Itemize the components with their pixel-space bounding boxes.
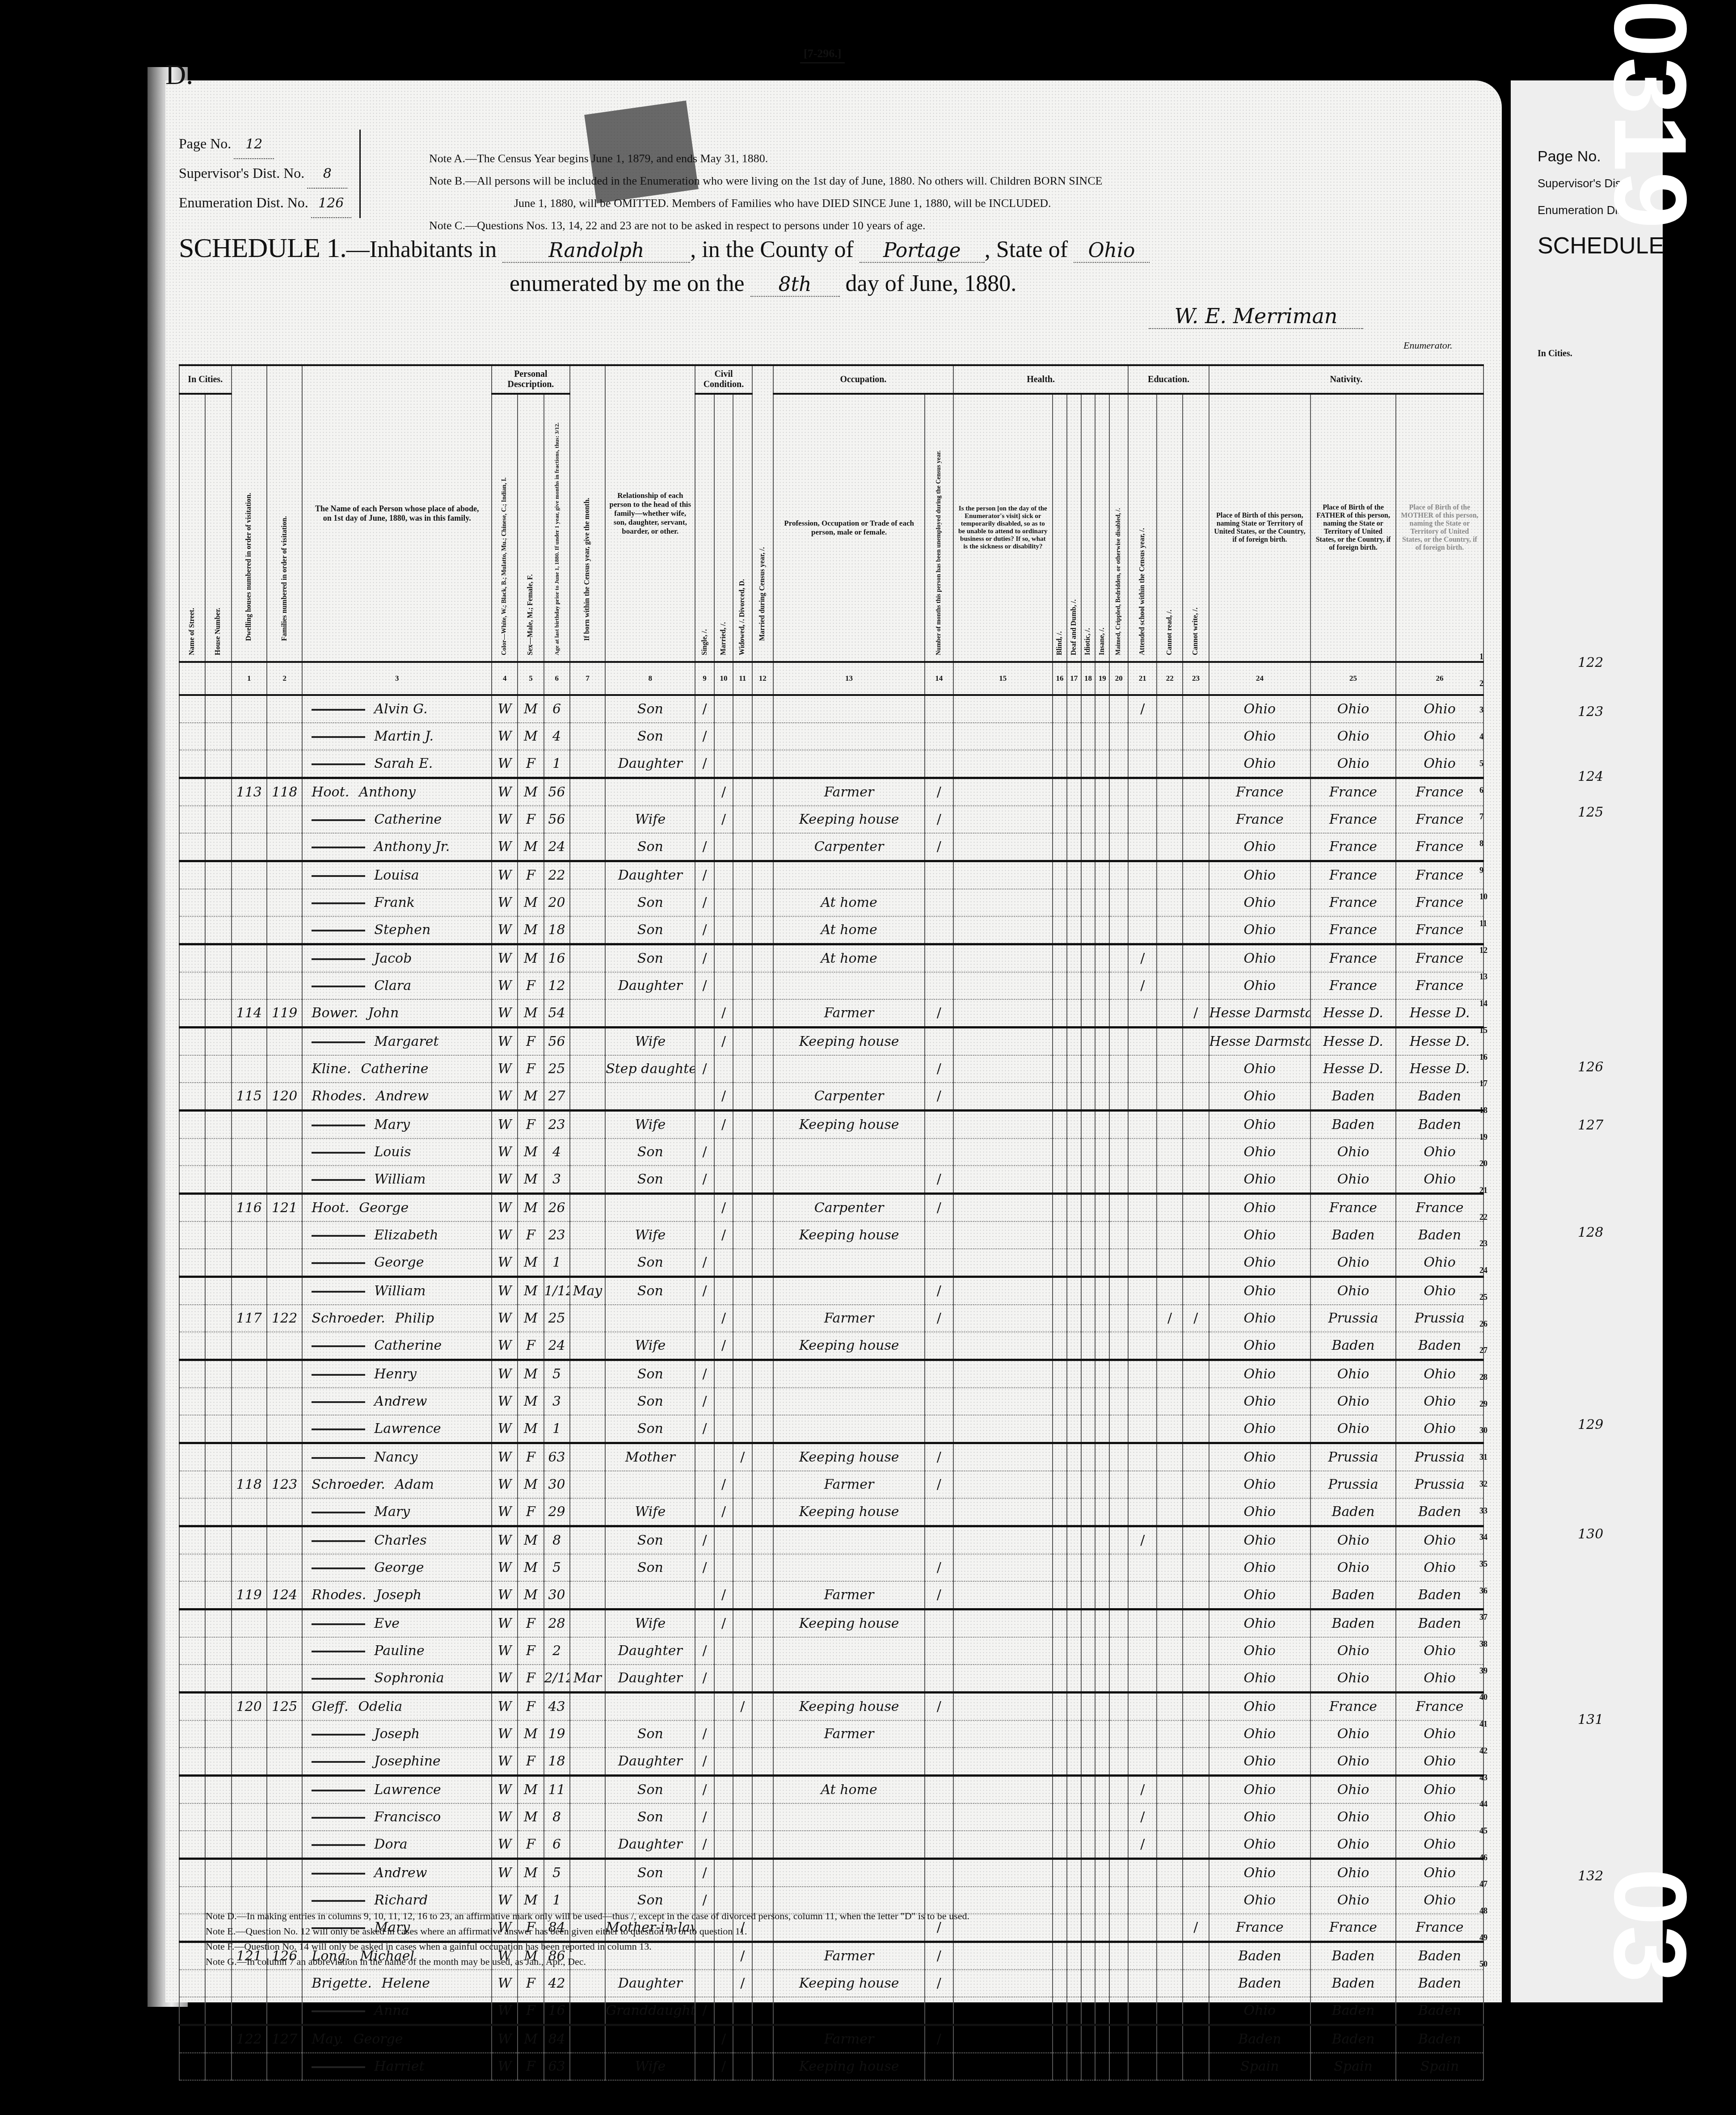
table-row: Alvin G.WM6Son//OhioOhioOhio — [179, 695, 1483, 723]
line-number: 41 — [1479, 1711, 1487, 1738]
married-mark: / — [714, 2025, 733, 2053]
unemployed-mark — [925, 1776, 953, 1804]
given-name: Lawrence — [374, 1782, 441, 1798]
line-number: 7 — [1479, 804, 1487, 830]
mother-birthplace: Ohio — [1396, 723, 1483, 750]
person-name: Andrew — [302, 1388, 492, 1415]
header-street: Name of Street. — [179, 394, 205, 662]
table-row: WilliamWM1/12MaySon//OhioOhioOhio — [179, 1277, 1483, 1305]
surname: Gleff. — [312, 1699, 348, 1715]
house-number-cell — [205, 1693, 231, 1721]
married-in-year-mark — [752, 695, 774, 723]
relationship: Son — [605, 1138, 695, 1166]
attended-school-mark — [1128, 1471, 1157, 1498]
father-birthplace: France — [1310, 1914, 1396, 1942]
person-name: Dora — [302, 1831, 492, 1859]
line-number: 11 — [1479, 910, 1487, 937]
deaf-dumb-cell — [1067, 1471, 1081, 1498]
given-name: Charles — [374, 1533, 426, 1548]
cannot-write-mark — [1183, 1887, 1209, 1914]
color: W — [492, 1693, 518, 1721]
color: W — [492, 1443, 518, 1471]
widowed-mark — [733, 999, 752, 1028]
color: W — [492, 750, 518, 778]
disabled-cell — [1109, 1028, 1128, 1056]
birth-month — [570, 889, 605, 916]
idiotic-cell — [1081, 1831, 1096, 1859]
idiotic-cell — [1081, 1249, 1096, 1277]
birth-month — [570, 1332, 605, 1360]
color: W — [492, 1111, 518, 1139]
deaf-dumb-cell — [1067, 1776, 1081, 1804]
married-mark: / — [714, 1498, 733, 1526]
table-row: JosephineWF18Daughter/OhioOhioOhio — [179, 1748, 1483, 1776]
relationship: Son — [605, 1166, 695, 1194]
idiotic-cell — [1081, 1748, 1096, 1776]
note-b: Note B.—All persons will be included in … — [429, 170, 1435, 192]
married-mark — [714, 1443, 733, 1471]
widowed-mark — [733, 1859, 752, 1887]
person-name: Kline.Catherine — [302, 1055, 492, 1083]
father-birthplace: Ohio — [1310, 695, 1396, 723]
cannot-write-mark — [1183, 1111, 1209, 1139]
relationship: Son — [605, 889, 695, 916]
deaf-dumb-cell — [1067, 1083, 1081, 1111]
deaf-dumb-cell — [1067, 1554, 1081, 1581]
family-number — [267, 1637, 302, 1664]
given-name: Louis — [374, 1144, 411, 1160]
house-number-cell — [205, 1055, 231, 1083]
sickness — [953, 1997, 1053, 2025]
disabled-cell — [1109, 1776, 1128, 1804]
relationship: Son — [605, 833, 695, 861]
house-number-cell — [205, 1332, 231, 1360]
person-name: Frank — [302, 889, 492, 916]
color: W — [492, 1498, 518, 1526]
person-name: Henry — [302, 1360, 492, 1388]
disabled-cell — [1109, 1942, 1128, 1970]
blind-cell — [1053, 1028, 1067, 1056]
unemployed-mark — [925, 723, 953, 750]
cannot-write-mark — [1183, 1498, 1209, 1526]
widowed-mark — [733, 1471, 752, 1498]
house-number-cell — [205, 1720, 231, 1748]
occupation — [773, 1748, 925, 1776]
birthplace: Ohio — [1209, 1415, 1311, 1443]
father-birthplace: Baden — [1310, 1498, 1396, 1526]
person-name: Sarah E. — [302, 750, 492, 778]
header-col-22: Cannot read, /. — [1157, 394, 1183, 662]
married-in-year-mark — [752, 1111, 774, 1139]
surname — [312, 1125, 365, 1126]
street-cell — [179, 1637, 205, 1664]
attended-school-mark — [1128, 1693, 1157, 1721]
header-col-5: Sex—Male, M.; Female, F. — [518, 394, 544, 662]
family-number: 127 — [267, 2025, 302, 2053]
age: 16 — [544, 1997, 570, 2025]
attended-school-mark — [1128, 1305, 1157, 1332]
married-mark — [714, 1693, 733, 1721]
colnum-5: 5 — [518, 662, 544, 695]
father-birthplace: Prussia — [1310, 1471, 1396, 1498]
disabled-cell — [1109, 1831, 1128, 1859]
age: 56 — [544, 1028, 570, 1056]
color: W — [492, 972, 518, 999]
colnum-house — [205, 662, 231, 695]
deaf-dumb-cell — [1067, 1997, 1081, 2025]
house-number-cell — [205, 1637, 231, 1664]
unemployed-mark — [925, 1111, 953, 1139]
widowed-mark — [733, 778, 752, 806]
dwelling-number — [232, 1970, 267, 1997]
surname — [312, 1873, 365, 1875]
attended-school-mark — [1128, 1222, 1157, 1249]
unemployed-mark — [925, 1664, 953, 1693]
sex: M — [518, 1415, 544, 1443]
father-birthplace: Spain — [1310, 2053, 1396, 2080]
occupation: Keeping house — [773, 1498, 925, 1526]
widowed-mark — [733, 1526, 752, 1555]
age: 30 — [544, 1471, 570, 1498]
street-cell — [179, 1693, 205, 1721]
dwelling-number — [232, 1609, 267, 1638]
dwelling-number — [232, 1360, 267, 1388]
relationship: Daughter — [605, 861, 695, 889]
mother-birthplace: Prussia — [1396, 1471, 1483, 1498]
married-in-year-mark — [752, 1194, 774, 1222]
married-in-year-mark — [752, 1055, 774, 1083]
cannot-read-mark — [1157, 1609, 1183, 1638]
disabled-cell — [1109, 750, 1128, 778]
adjacent-dwelling: 124 — [1578, 769, 1603, 784]
cannot-read-mark — [1157, 1942, 1183, 1970]
family-number — [267, 1028, 302, 1056]
father-birthplace: Prussia — [1310, 1305, 1396, 1332]
age: 42 — [544, 1970, 570, 1997]
married-mark — [714, 1055, 733, 1083]
deaf-dumb-cell — [1067, 1748, 1081, 1776]
idiotic-cell — [1081, 999, 1096, 1028]
sickness — [953, 1581, 1053, 1609]
dwelling-number — [232, 806, 267, 833]
widowed-mark — [733, 1997, 752, 2025]
surname — [312, 1345, 365, 1347]
birthplace: Ohio — [1209, 1498, 1311, 1526]
line-number: 2 — [1479, 670, 1487, 697]
house-number-cell — [205, 778, 231, 806]
single-mark: / — [695, 1831, 714, 1859]
cannot-write-mark: / — [1183, 999, 1209, 1028]
relationship: Wife — [605, 1609, 695, 1638]
father-birthplace: Ohio — [1310, 1526, 1396, 1555]
blind-cell — [1053, 1111, 1067, 1139]
line-number: 35 — [1479, 1551, 1487, 1578]
sickness — [953, 1277, 1053, 1305]
disabled-cell — [1109, 1887, 1128, 1914]
group-header-row: In Cities. Dwelling houses numbered in o… — [179, 365, 1483, 394]
surname — [312, 847, 365, 848]
blind-cell — [1053, 1138, 1067, 1166]
disabled-cell — [1109, 1388, 1128, 1415]
idiotic-cell — [1081, 1083, 1096, 1111]
cannot-write-mark — [1183, 1443, 1209, 1471]
idiotic-cell — [1081, 1581, 1096, 1609]
cannot-read-mark: / — [1157, 1305, 1183, 1332]
insane-cell — [1095, 1305, 1109, 1332]
insane-cell — [1095, 1803, 1109, 1831]
color: W — [492, 1471, 518, 1498]
insane-cell — [1095, 999, 1109, 1028]
attended-school-mark — [1128, 723, 1157, 750]
given-name: Sarah E. — [374, 756, 433, 771]
cannot-read-mark — [1157, 695, 1183, 723]
cannot-read-mark — [1157, 1693, 1183, 1721]
given-name: Eve — [374, 1616, 400, 1631]
house-number-cell — [205, 1471, 231, 1498]
unemployed-mark — [925, 750, 953, 778]
house-number-cell — [205, 1388, 231, 1415]
widowed-mark — [733, 1415, 752, 1443]
occupation: At home — [773, 889, 925, 916]
blind-cell — [1053, 1305, 1067, 1332]
cannot-write-mark — [1183, 1028, 1209, 1056]
header-col-6: Age at last birthday prior to June 1, 18… — [544, 394, 570, 662]
birthplace: Ohio — [1209, 1332, 1311, 1360]
cannot-read-mark — [1157, 1194, 1183, 1222]
note-d: Note D.—In making entries in columns 9, … — [206, 1909, 969, 1924]
disabled-cell — [1109, 1222, 1128, 1249]
state-label: , State of — [985, 237, 1068, 262]
cannot-write-mark — [1183, 1055, 1209, 1083]
surname: Brigette. — [312, 1976, 371, 1991]
cannot-write-mark — [1183, 1831, 1209, 1859]
birthplace: Ohio — [1209, 1194, 1311, 1222]
single-mark — [695, 1498, 714, 1526]
married-mark — [714, 1138, 733, 1166]
cannot-write-mark — [1183, 1249, 1209, 1277]
cannot-read-mark — [1157, 972, 1183, 999]
color: W — [492, 861, 518, 889]
unemployed-mark — [925, 1637, 953, 1664]
blind-cell — [1053, 1609, 1067, 1638]
header-col-14: Number of months this person has been un… — [925, 394, 953, 662]
unemployed-mark — [925, 1609, 953, 1638]
mother-birthplace: Ohio — [1396, 1526, 1483, 1555]
table-row: FranciscoWM8Son//OhioOhioOhio — [179, 1803, 1483, 1831]
idiotic-cell — [1081, 1609, 1096, 1638]
disabled-cell — [1109, 1859, 1128, 1887]
table-row: JacobWM16Son/At home/OhioFranceFrance — [179, 944, 1483, 973]
idiotic-cell — [1081, 1498, 1096, 1526]
table-row: 118123Schroeder.AdamWM30/Farmer/OhioPrus… — [179, 1471, 1483, 1498]
idiotic-cell — [1081, 1055, 1096, 1083]
single-mark: / — [695, 944, 714, 973]
married-mark — [714, 1997, 733, 2025]
sickness — [953, 1748, 1053, 1776]
father-birthplace: Ohio — [1310, 1831, 1396, 1859]
widowed-mark — [733, 1166, 752, 1194]
cannot-read-mark — [1157, 1997, 1183, 2025]
cannot-write-mark — [1183, 1166, 1209, 1194]
note-b-cont: June 1, 1880, will be OMITTED. Members o… — [429, 192, 1435, 215]
color: W — [492, 1249, 518, 1277]
supervisor-dist-value: 8 — [307, 160, 347, 189]
widowed-mark — [733, 1138, 752, 1166]
family-number — [267, 1443, 302, 1471]
married-in-year-mark — [752, 1637, 774, 1664]
given-name: George — [353, 2031, 403, 2047]
blind-cell — [1053, 1554, 1067, 1581]
idiotic-cell — [1081, 1388, 1096, 1415]
birthplace: Ohio — [1209, 1554, 1311, 1581]
street-cell — [179, 1498, 205, 1526]
given-name: William — [374, 1283, 426, 1299]
married-in-year-mark — [752, 1693, 774, 1721]
table-row: StephenWM18Son/At homeOhioFranceFrance — [179, 916, 1483, 944]
age: 25 — [544, 1055, 570, 1083]
person-name: Schroeder.Adam — [302, 1471, 492, 1498]
sex: M — [518, 695, 544, 723]
single-mark: / — [695, 1637, 714, 1664]
birthplace: Ohio — [1209, 1305, 1311, 1332]
color: W — [492, 1360, 518, 1388]
attended-school-mark: / — [1128, 695, 1157, 723]
blind-cell — [1053, 1194, 1067, 1222]
birth-month — [570, 1305, 605, 1332]
cannot-write-mark — [1183, 972, 1209, 999]
colnum-9: 9 — [695, 662, 714, 695]
birthplace: Ohio — [1209, 695, 1311, 723]
surname — [312, 1235, 365, 1237]
line-number: 36 — [1479, 1578, 1487, 1605]
street-cell — [179, 1581, 205, 1609]
given-name: Andrew — [374, 1394, 427, 1409]
birth-month — [570, 1194, 605, 1222]
colnum-22: 22 — [1157, 662, 1183, 695]
sickness — [953, 1222, 1053, 1249]
married-in-year-mark — [752, 1997, 774, 2025]
house-number-cell — [205, 723, 231, 750]
mother-birthplace: Ohio — [1396, 1720, 1483, 1748]
blind-cell — [1053, 1166, 1067, 1194]
dwelling-number: 115 — [232, 1083, 267, 1111]
colnum-4: 4 — [492, 662, 518, 695]
given-name: Alvin G. — [374, 701, 427, 717]
color: W — [492, 1332, 518, 1360]
attended-school-mark — [1128, 1360, 1157, 1388]
disabled-cell — [1109, 1277, 1128, 1305]
attended-school-mark — [1128, 1055, 1157, 1083]
dwelling-number — [232, 1332, 267, 1360]
given-name: Catherine — [374, 812, 442, 827]
age: 11 — [544, 1776, 570, 1804]
occupation: Keeping house — [773, 1609, 925, 1638]
sex: M — [518, 889, 544, 916]
attended-school-mark — [1128, 750, 1157, 778]
disabled-cell — [1109, 1194, 1128, 1222]
single-mark: / — [695, 1055, 714, 1083]
disabled-cell — [1109, 1443, 1128, 1471]
birthplace: Ohio — [1209, 972, 1311, 999]
unemployed-mark — [925, 1028, 953, 1056]
sex: M — [518, 1360, 544, 1388]
cannot-read-mark — [1157, 1388, 1183, 1415]
single-mark: / — [695, 1776, 714, 1804]
single-mark: / — [695, 723, 714, 750]
blind-cell — [1053, 944, 1067, 973]
age: 16 — [544, 944, 570, 973]
birth-month — [570, 695, 605, 723]
cannot-read-mark — [1157, 1831, 1183, 1859]
mother-birthplace: Spain — [1396, 2053, 1483, 2080]
cannot-read-mark — [1157, 861, 1183, 889]
relationship: Daughter — [605, 1831, 695, 1859]
idiotic-cell — [1081, 1997, 1096, 2025]
birthplace: Ohio — [1209, 1471, 1311, 1498]
header-house-number: House Number. — [205, 394, 231, 662]
married-mark — [714, 861, 733, 889]
married-in-year-mark — [752, 1831, 774, 1859]
surname: Hoot. — [312, 784, 349, 800]
sickness — [953, 1083, 1053, 1111]
cannot-read-mark — [1157, 1637, 1183, 1664]
cannot-write-mark — [1183, 1776, 1209, 1804]
colnum-19: 19 — [1095, 662, 1109, 695]
disabled-cell — [1109, 2053, 1128, 2080]
surname — [312, 2010, 365, 2012]
column-number-row: 1 2 3 4 5 6 7 8 9 10 11 12 13 14 15 16 1… — [179, 662, 1483, 695]
disabled-cell — [1109, 1664, 1128, 1693]
father-birthplace: Ohio — [1310, 1748, 1396, 1776]
sex: M — [518, 1249, 544, 1277]
given-name: George — [359, 1200, 409, 1216]
surname: Kline. — [312, 1061, 351, 1077]
insane-cell — [1095, 2025, 1109, 2053]
birth-month — [570, 1443, 605, 1471]
disabled-cell — [1109, 999, 1128, 1028]
birth-month — [570, 1554, 605, 1581]
microfilm-reel-number-top: 0319 — [1591, 0, 1710, 229]
attended-school-mark — [1128, 1028, 1157, 1056]
family-number — [267, 1803, 302, 1831]
given-name: Philip — [395, 1310, 434, 1326]
sex: M — [518, 999, 544, 1028]
dwelling-number — [232, 1997, 267, 2025]
attended-school-mark — [1128, 1970, 1157, 1997]
mother-birthplace: France — [1396, 944, 1483, 973]
married-in-year-mark — [752, 1360, 774, 1388]
birth-month — [570, 1415, 605, 1443]
table-row: Kline.CatherineWF25Step daughter//OhioHe… — [179, 1055, 1483, 1083]
occupation: Farmer — [773, 1581, 925, 1609]
surname — [312, 875, 365, 877]
married-in-year-mark — [752, 1415, 774, 1443]
mother-birthplace: France — [1396, 1194, 1483, 1222]
color: W — [492, 1028, 518, 1056]
married-mark: / — [714, 1471, 733, 1498]
house-number-cell — [205, 1526, 231, 1555]
relationship — [605, 1693, 695, 1721]
relationship: Son — [605, 1776, 695, 1804]
married-mark — [714, 1859, 733, 1887]
cannot-write-mark — [1183, 1360, 1209, 1388]
cannot-write-mark — [1183, 1859, 1209, 1887]
header-col-2: Families numbered in order of visitation… — [267, 365, 302, 662]
cannot-write-mark — [1183, 861, 1209, 889]
sickness — [953, 1194, 1053, 1222]
person-name: Clara — [302, 972, 492, 999]
mother-birthplace: Ohio — [1396, 750, 1483, 778]
